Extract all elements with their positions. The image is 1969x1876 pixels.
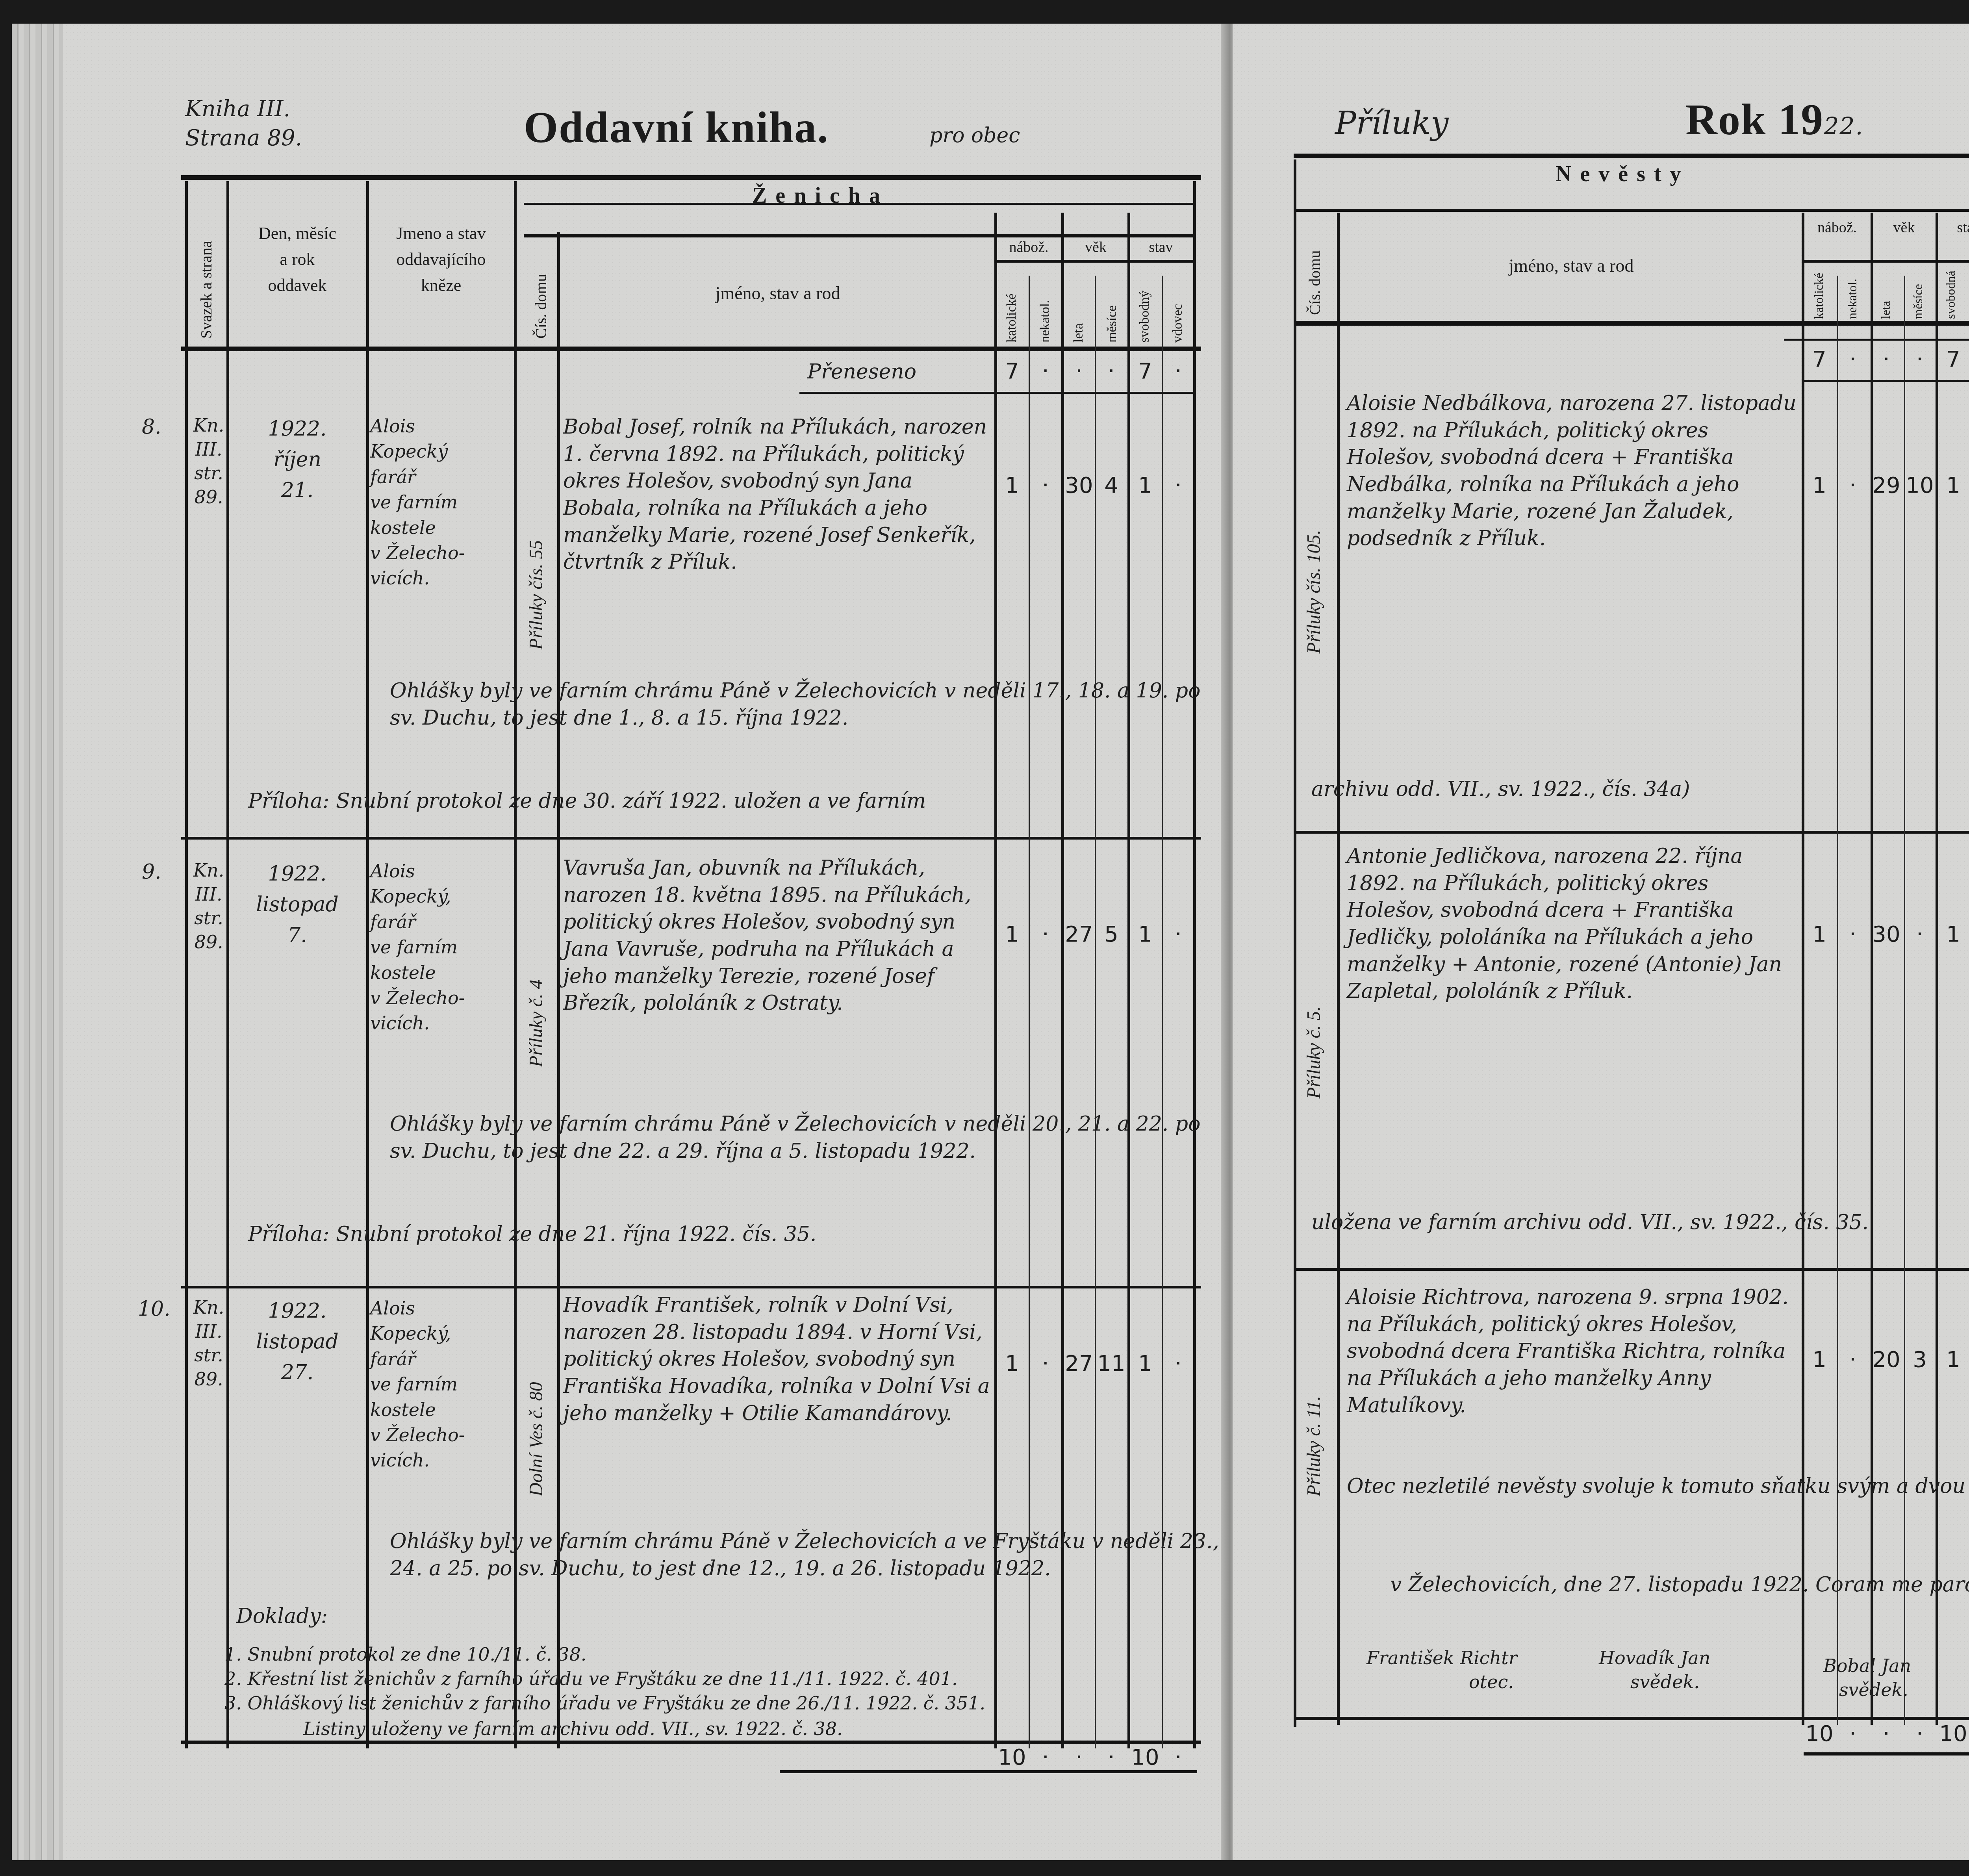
entry-banns: Ohlášky byly ve farním chrámu Páně v Žel… bbox=[390, 1528, 1229, 1582]
cell-mesice: 10 bbox=[1904, 473, 1936, 498]
cell-vdovec: · bbox=[1162, 473, 1194, 498]
entry-banns: Ohlášky byly ve farním chrámu Páně v Žel… bbox=[390, 677, 1229, 731]
header-den: Den, měsíca rokoddavek bbox=[228, 221, 366, 298]
header-taboz: nábož. bbox=[996, 236, 1061, 259]
documents-stored: Listiny uloženy ve farním archivu odd. V… bbox=[303, 1717, 843, 1741]
page-edges bbox=[12, 24, 63, 1860]
signature-witness-1: Hovadík Jan svědek. bbox=[1599, 1646, 1710, 1694]
entry-house: Přílukу čís. 105. bbox=[1302, 386, 1326, 654]
header-svobodny: svobodný bbox=[1137, 268, 1152, 343]
total-svobodna: 10 bbox=[1937, 1721, 1969, 1746]
cell-svobodny: 1 bbox=[1129, 473, 1161, 498]
carried-katolicke: 7 bbox=[1804, 347, 1835, 372]
cell-svobodny: 1 bbox=[1129, 1351, 1161, 1376]
entry-annex: Příloha: Snubní protokol ze dne 21. říjn… bbox=[248, 1221, 1193, 1248]
header-leta: leta bbox=[1878, 264, 1893, 319]
header-nekatol: nekatol. bbox=[1038, 268, 1053, 343]
total-svobodny: 10 bbox=[1129, 1744, 1161, 1770]
entry-house: Dolní Ves č. 80 bbox=[524, 1299, 549, 1496]
entry-house: Přílukу čís. 55 bbox=[524, 413, 549, 650]
entry-house: Přílukу č. 4 bbox=[524, 890, 549, 1067]
cell-katolicke: 1 bbox=[1804, 1347, 1835, 1372]
cell-leta: 20 bbox=[1871, 1347, 1902, 1372]
entry-date: 1922.říjen21. bbox=[232, 413, 362, 506]
carried-mesice: · bbox=[1096, 358, 1127, 384]
entry-svazek: Kn.III.str.89. bbox=[191, 1296, 226, 1391]
cell-vdovec: · bbox=[1162, 921, 1194, 947]
total-leta: · bbox=[1871, 1721, 1902, 1746]
documents-list: 1. Snubní protokol ze dne 10./11. č. 38.… bbox=[224, 1642, 1233, 1715]
entry-house: Přílukу č. 5. bbox=[1302, 862, 1326, 1099]
entry-groom: Vavruša Jan, obuvník na Přílukách, naroz… bbox=[563, 855, 992, 1017]
cell-katolicke: 1 bbox=[996, 1351, 1028, 1376]
header-svazek: Svazek a strana bbox=[197, 213, 215, 339]
entry-priest: AloisKopeckýfarářve farnímkostelev Želec… bbox=[370, 413, 512, 591]
carried-mesice: · bbox=[1904, 347, 1936, 372]
document-item: 2. Křestní list ženichův z farního úřadu… bbox=[224, 1667, 1233, 1691]
cell-svobodna: 1 bbox=[1937, 1347, 1969, 1372]
carried-svobodny: 7 bbox=[1129, 358, 1161, 384]
signature-witness-2: Bobal Jan svědek. bbox=[1823, 1654, 1911, 1702]
cell-katolicke: 1 bbox=[996, 921, 1028, 947]
left-page: Kniha III. Strana 89. Oddavní kniha. pro… bbox=[12, 24, 1229, 1860]
carried-leta: · bbox=[1063, 358, 1095, 384]
entry-number: 10. bbox=[138, 1296, 171, 1323]
header-nekatol: nekatol. bbox=[1845, 264, 1860, 319]
entry-banns: Ohlášky byly ve farním chrámu Páně v Žel… bbox=[390, 1110, 1229, 1164]
carried-katolicke: 7 bbox=[996, 358, 1028, 384]
entry-annex-cont: uložena ve farním archivu odd. VII., sv.… bbox=[1311, 1209, 1869, 1236]
documents-label: Doklady: bbox=[236, 1603, 328, 1630]
entry-bride: Antonie Jedličkova, narozena 22. října 1… bbox=[1347, 843, 1800, 1005]
carried-vdovec: · bbox=[1162, 358, 1194, 384]
cell-leta: 30 bbox=[1871, 921, 1902, 947]
header-katolicke: katolické bbox=[1811, 264, 1826, 319]
entry-number: 8. bbox=[142, 413, 161, 441]
cell-mesice: 3 bbox=[1904, 1347, 1936, 1372]
cell-svobodna: 1 bbox=[1937, 473, 1969, 498]
header-leta: leta bbox=[1071, 268, 1086, 343]
entry-groom: Hovadík František, rolník v Dolní Vsi, n… bbox=[563, 1292, 992, 1427]
cell-nekatol: · bbox=[1030, 1351, 1061, 1376]
total-mesice: · bbox=[1904, 1721, 1936, 1746]
entry-bride: Aloisie Richtrova, narozena 9. srpna 190… bbox=[1347, 1284, 1800, 1419]
entry-date: 1922.listopad27. bbox=[232, 1296, 362, 1388]
header-vek: věk bbox=[1063, 236, 1128, 259]
right-page: Příluky Rok 1922. Nevěsty Svědkův Čís. d… bbox=[1233, 24, 1969, 1860]
header-katolicke: katolické bbox=[1004, 268, 1019, 343]
header-jmeno: jméno, stav a rod bbox=[563, 280, 992, 307]
entry-house: Přílukу č. 11. bbox=[1302, 1292, 1326, 1496]
cell-nekatol: · bbox=[1030, 473, 1061, 498]
carried-nekatol: · bbox=[1837, 347, 1869, 372]
header-taboz: nábož. bbox=[1804, 217, 1871, 239]
header-svobodna: svobodná bbox=[1943, 264, 1958, 319]
total-vdovec: · bbox=[1162, 1744, 1194, 1770]
cell-leta: 27 bbox=[1063, 921, 1095, 947]
total-nekatol: · bbox=[1837, 1721, 1869, 1746]
header-stav: stav bbox=[1937, 217, 1969, 239]
place-name: Příluky bbox=[1335, 102, 1448, 144]
header-mesice: měsíce bbox=[1911, 264, 1925, 319]
signature-father: František Richtr otec. bbox=[1366, 1646, 1517, 1694]
entry-svazek: Kn.III.str.89. bbox=[191, 858, 226, 954]
cell-mesice: · bbox=[1904, 921, 1936, 947]
header-cis-domu: Čís. domu bbox=[1305, 236, 1324, 315]
carried-nekatol: · bbox=[1030, 358, 1061, 384]
total-mesice: · bbox=[1096, 1744, 1127, 1770]
header-jmeno: jméno, stav a rod bbox=[1343, 252, 1800, 279]
header-cis-domu: Čís. domu bbox=[532, 252, 550, 339]
carried-over-label: Přeneseno bbox=[807, 358, 916, 386]
total-katolicke: 10 bbox=[996, 1744, 1028, 1770]
cell-mesice: 5 bbox=[1096, 921, 1127, 947]
header-stav: stav bbox=[1129, 236, 1192, 259]
cell-leta: 27 bbox=[1063, 1351, 1095, 1376]
header-vdovec: vdovec bbox=[1170, 268, 1185, 343]
page-title: Oddavní kniha. bbox=[524, 102, 829, 153]
consent-note: Otec nezletilé nevěsty svoluje k tomuto … bbox=[1347, 1473, 1969, 1500]
entry-priest: AloisKopecký,farářve farnímkostelev Žele… bbox=[370, 858, 512, 1036]
cell-svobodny: 1 bbox=[1129, 921, 1161, 947]
cell-nekatol: · bbox=[1837, 1347, 1869, 1372]
cell-leta: 30 bbox=[1063, 473, 1095, 498]
cell-mesice: 4 bbox=[1096, 473, 1127, 498]
cell-nekatol: · bbox=[1030, 921, 1061, 947]
cell-leta: 29 bbox=[1871, 473, 1902, 498]
header-mesice: měsíce bbox=[1105, 268, 1120, 343]
cell-katolicke: 1 bbox=[996, 473, 1028, 498]
carried-leta: · bbox=[1871, 347, 1902, 372]
cell-katolicke: 1 bbox=[1804, 473, 1835, 498]
entry-bride: Aloisie Nedbálkova, narozena 27. listopa… bbox=[1347, 390, 1800, 552]
entry-groom: Bobal Josef, rolník na Přílukách, naroze… bbox=[563, 413, 992, 576]
carried-svobodna: 7 bbox=[1937, 347, 1969, 372]
place-date: v Želechovicích, dne 27. listopadu 1922.… bbox=[1390, 1571, 1969, 1598]
header-nevesty: Nevěsty bbox=[1556, 161, 1690, 187]
entry-date: 1922.listopad7. bbox=[232, 858, 362, 951]
entry-number: 9. bbox=[142, 858, 161, 886]
year-heading: Rok 1922. bbox=[1685, 95, 1864, 145]
entry-priest: AloisKopecký,farářve farnímkostelev Žele… bbox=[370, 1296, 512, 1473]
book-reference: Kniha III. Strana 89. bbox=[185, 95, 302, 153]
total-nekatol: · bbox=[1030, 1744, 1061, 1770]
document-item: 3. Ohláškový list ženichův z farního úřa… bbox=[224, 1691, 1233, 1715]
entry-annex: Příloha: Snubní protokol ze dne 30. září… bbox=[248, 788, 1233, 815]
cell-nekatol: · bbox=[1837, 473, 1869, 498]
cell-vdovec: · bbox=[1162, 1351, 1194, 1376]
cell-katolicke: 1 bbox=[1804, 921, 1835, 947]
header-knez: Jmeno a stavoddavajícíhokněze bbox=[368, 221, 514, 298]
cell-svobodna: 1 bbox=[1937, 921, 1969, 947]
total-katolicke: 10 bbox=[1804, 1721, 1835, 1746]
cell-mesice: 11 bbox=[1096, 1351, 1127, 1376]
entry-annex-cont: archivu odd. VII., sv. 1922., čís. 34a) bbox=[1311, 776, 1690, 803]
cell-nekatol: · bbox=[1837, 921, 1869, 947]
document-item: 1. Snubní protokol ze dne 10./11. č. 38. bbox=[224, 1642, 1233, 1667]
header-vek: věk bbox=[1873, 217, 1936, 239]
total-leta: · bbox=[1063, 1744, 1095, 1770]
pro-obec-label: pro obec bbox=[929, 122, 1020, 149]
entry-svazek: Kn.III.str.89. bbox=[191, 413, 226, 509]
header-zenicha: Ženicha bbox=[752, 183, 889, 208]
